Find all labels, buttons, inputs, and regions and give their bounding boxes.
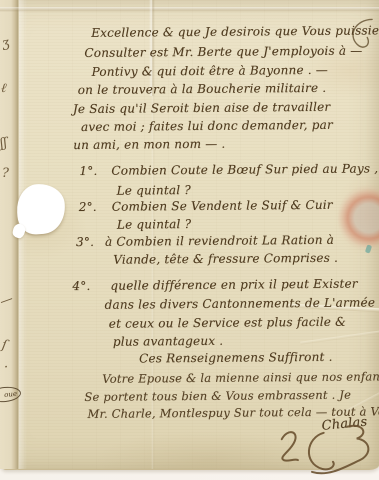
letter-line: on le trouvera à la Boucherie militaire … <box>78 81 327 97</box>
letter-line: et ceux ou le Service est plus facile & <box>109 315 346 331</box>
question-number: 2°. <box>79 200 97 214</box>
question-number: 4°. <box>72 279 90 293</box>
letter-line: Excellence & que Je desirois que Vous pu… <box>91 23 379 40</box>
letter-line: Votre Epouse & la mienne ainsi que nos e… <box>102 369 379 385</box>
question-number: 3°. <box>76 235 94 249</box>
scanned-letter-page: ʒ ℓ ʃʃ ? — ſ · oue Excellence & que Je d… <box>0 0 379 480</box>
letter-line: Pontivy & qui doit être à Bayonne . — <box>91 63 328 79</box>
letter-line: Viande, tête & fressure Comprises . <box>113 251 338 267</box>
question-number: 1°. <box>79 164 97 178</box>
letter-line: Le quintal ? <box>117 217 191 232</box>
letter-line: quelle différence en prix il peut Existe… <box>110 277 357 293</box>
letter-line: Combien Se Vendent le Suif & Cuir <box>112 198 333 214</box>
handwriting-layer: Excellence & que Je desirois que Vous pu… <box>0 0 379 480</box>
letter-line: Le quintal ? <box>117 183 191 198</box>
letter-line: Combien Coute le Bœuf Sur pied au Pays , <box>111 161 378 177</box>
letter-line: Je Sais qu'il Seroit bien aise de travai… <box>73 100 331 116</box>
letter-line: avec moi ; faites lui donc demander, par <box>81 118 333 134</box>
letter-line: Se portent tous bien & Vous embrassent .… <box>84 388 351 404</box>
letter-line: un ami, en mon nom — . <box>73 137 225 152</box>
signature-paraph <box>270 422 379 477</box>
pen-flourish <box>342 16 376 54</box>
letter-line: dans les divers Cantonnements de L'armée… <box>105 295 379 311</box>
letter-line: à Combien il reviendroit La Ration à <box>105 233 334 249</box>
letter-line: plus avantageux . <box>113 334 223 349</box>
letter-line: Consulter est Mr. Berte que J'employois … <box>84 43 362 59</box>
letter-line: Ces Renseignemens Suffiront . <box>139 350 333 366</box>
